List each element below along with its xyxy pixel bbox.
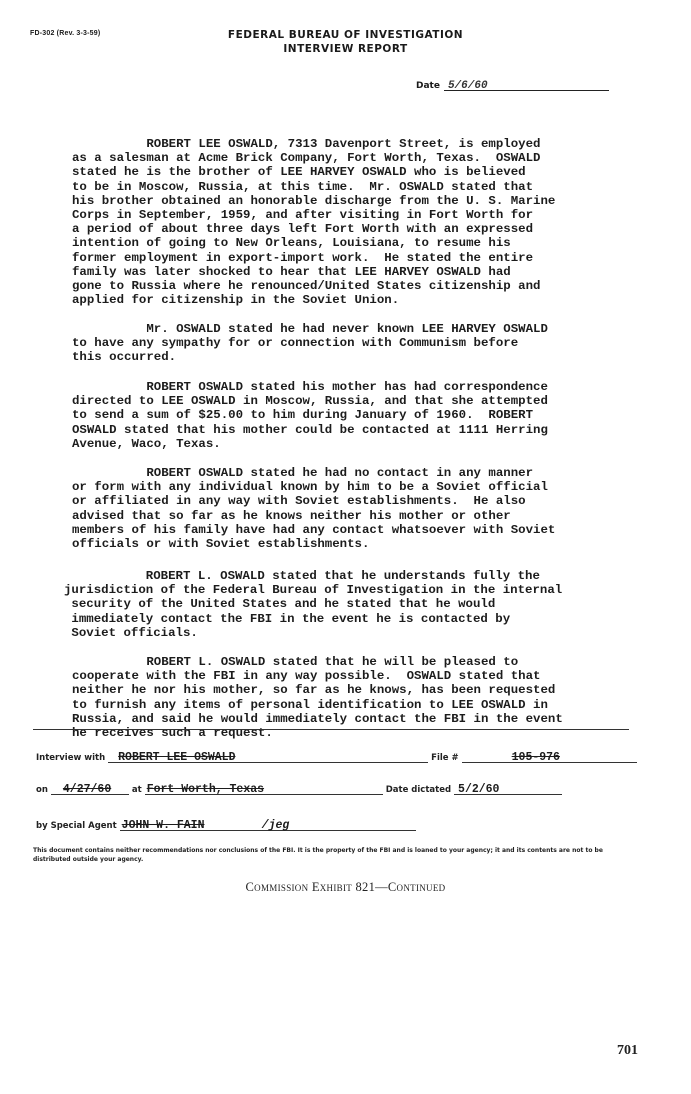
file-line: 105-976 (462, 750, 637, 763)
at-label: at (129, 785, 145, 795)
exhibit-caption: Commission Exhibit 821—Continued (0, 880, 691, 895)
on-value: 4/27/60 (63, 783, 111, 796)
page-number: 701 (617, 1043, 638, 1059)
agent-line: JOHN W. FAIN /jeg (120, 818, 416, 831)
interview-date-row: on 4/27/60 at Fort Worth, Texas Date dic… (33, 782, 562, 795)
report-type-heading: INTERVIEW REPORT (120, 43, 571, 55)
paragraph-6: ROBERT L. OSWALD stated that he will be … (72, 655, 642, 740)
special-agent-row: by Special Agent JOHN W. FAIN /jeg (33, 818, 416, 831)
date-dictated-label: Date dictated (383, 785, 454, 795)
paragraph-5: ROBERT L. OSWALD stated that he understa… (64, 569, 634, 640)
paragraph-4: ROBERT OSWALD stated he had no contact i… (72, 466, 642, 551)
file-value: 105-976 (512, 751, 560, 764)
report-date-field: Date 5/6/60 (416, 79, 609, 91)
on-label: on (33, 785, 51, 795)
file-label: File # (428, 753, 461, 763)
interview-with-row: Interview with ROBERT LEE OSWALD File # … (33, 750, 637, 763)
at-line: Fort Worth, Texas (145, 782, 383, 795)
form-number: FD-302 (Rev. 3-3-59) (30, 30, 100, 37)
interview-with-line: ROBERT LEE OSWALD (108, 750, 428, 763)
interview-with-value: ROBERT LEE OSWALD (118, 751, 235, 764)
interview-with-label: Interview with (33, 753, 108, 763)
paragraph-3: ROBERT OSWALD stated his mother has had … (72, 380, 642, 451)
paragraph-1: ROBERT LEE OSWALD, 7313 Davenport Street… (72, 137, 642, 307)
agent-label: by Special Agent (33, 821, 120, 831)
paragraph-2: Mr. OSWALD stated he had never known LEE… (72, 322, 642, 365)
agency-heading: FEDERAL BUREAU OF INVESTIGATION (120, 29, 571, 41)
date-dictated-line: 5/2/60 (454, 782, 562, 795)
date-label: Date (416, 81, 440, 91)
date-value: 5/6/60 (448, 80, 488, 92)
divider-line (33, 729, 629, 730)
date-dictated-value: 5/2/60 (458, 783, 499, 796)
date-line: 5/6/60 (444, 79, 609, 91)
distribution-notice: This document contains neither recommend… (33, 846, 633, 864)
agent-initials: /jeg (262, 819, 290, 832)
on-line: 4/27/60 (51, 782, 129, 795)
agent-value: JOHN W. FAIN (122, 819, 205, 832)
at-value: Fort Worth, Texas (147, 783, 264, 796)
